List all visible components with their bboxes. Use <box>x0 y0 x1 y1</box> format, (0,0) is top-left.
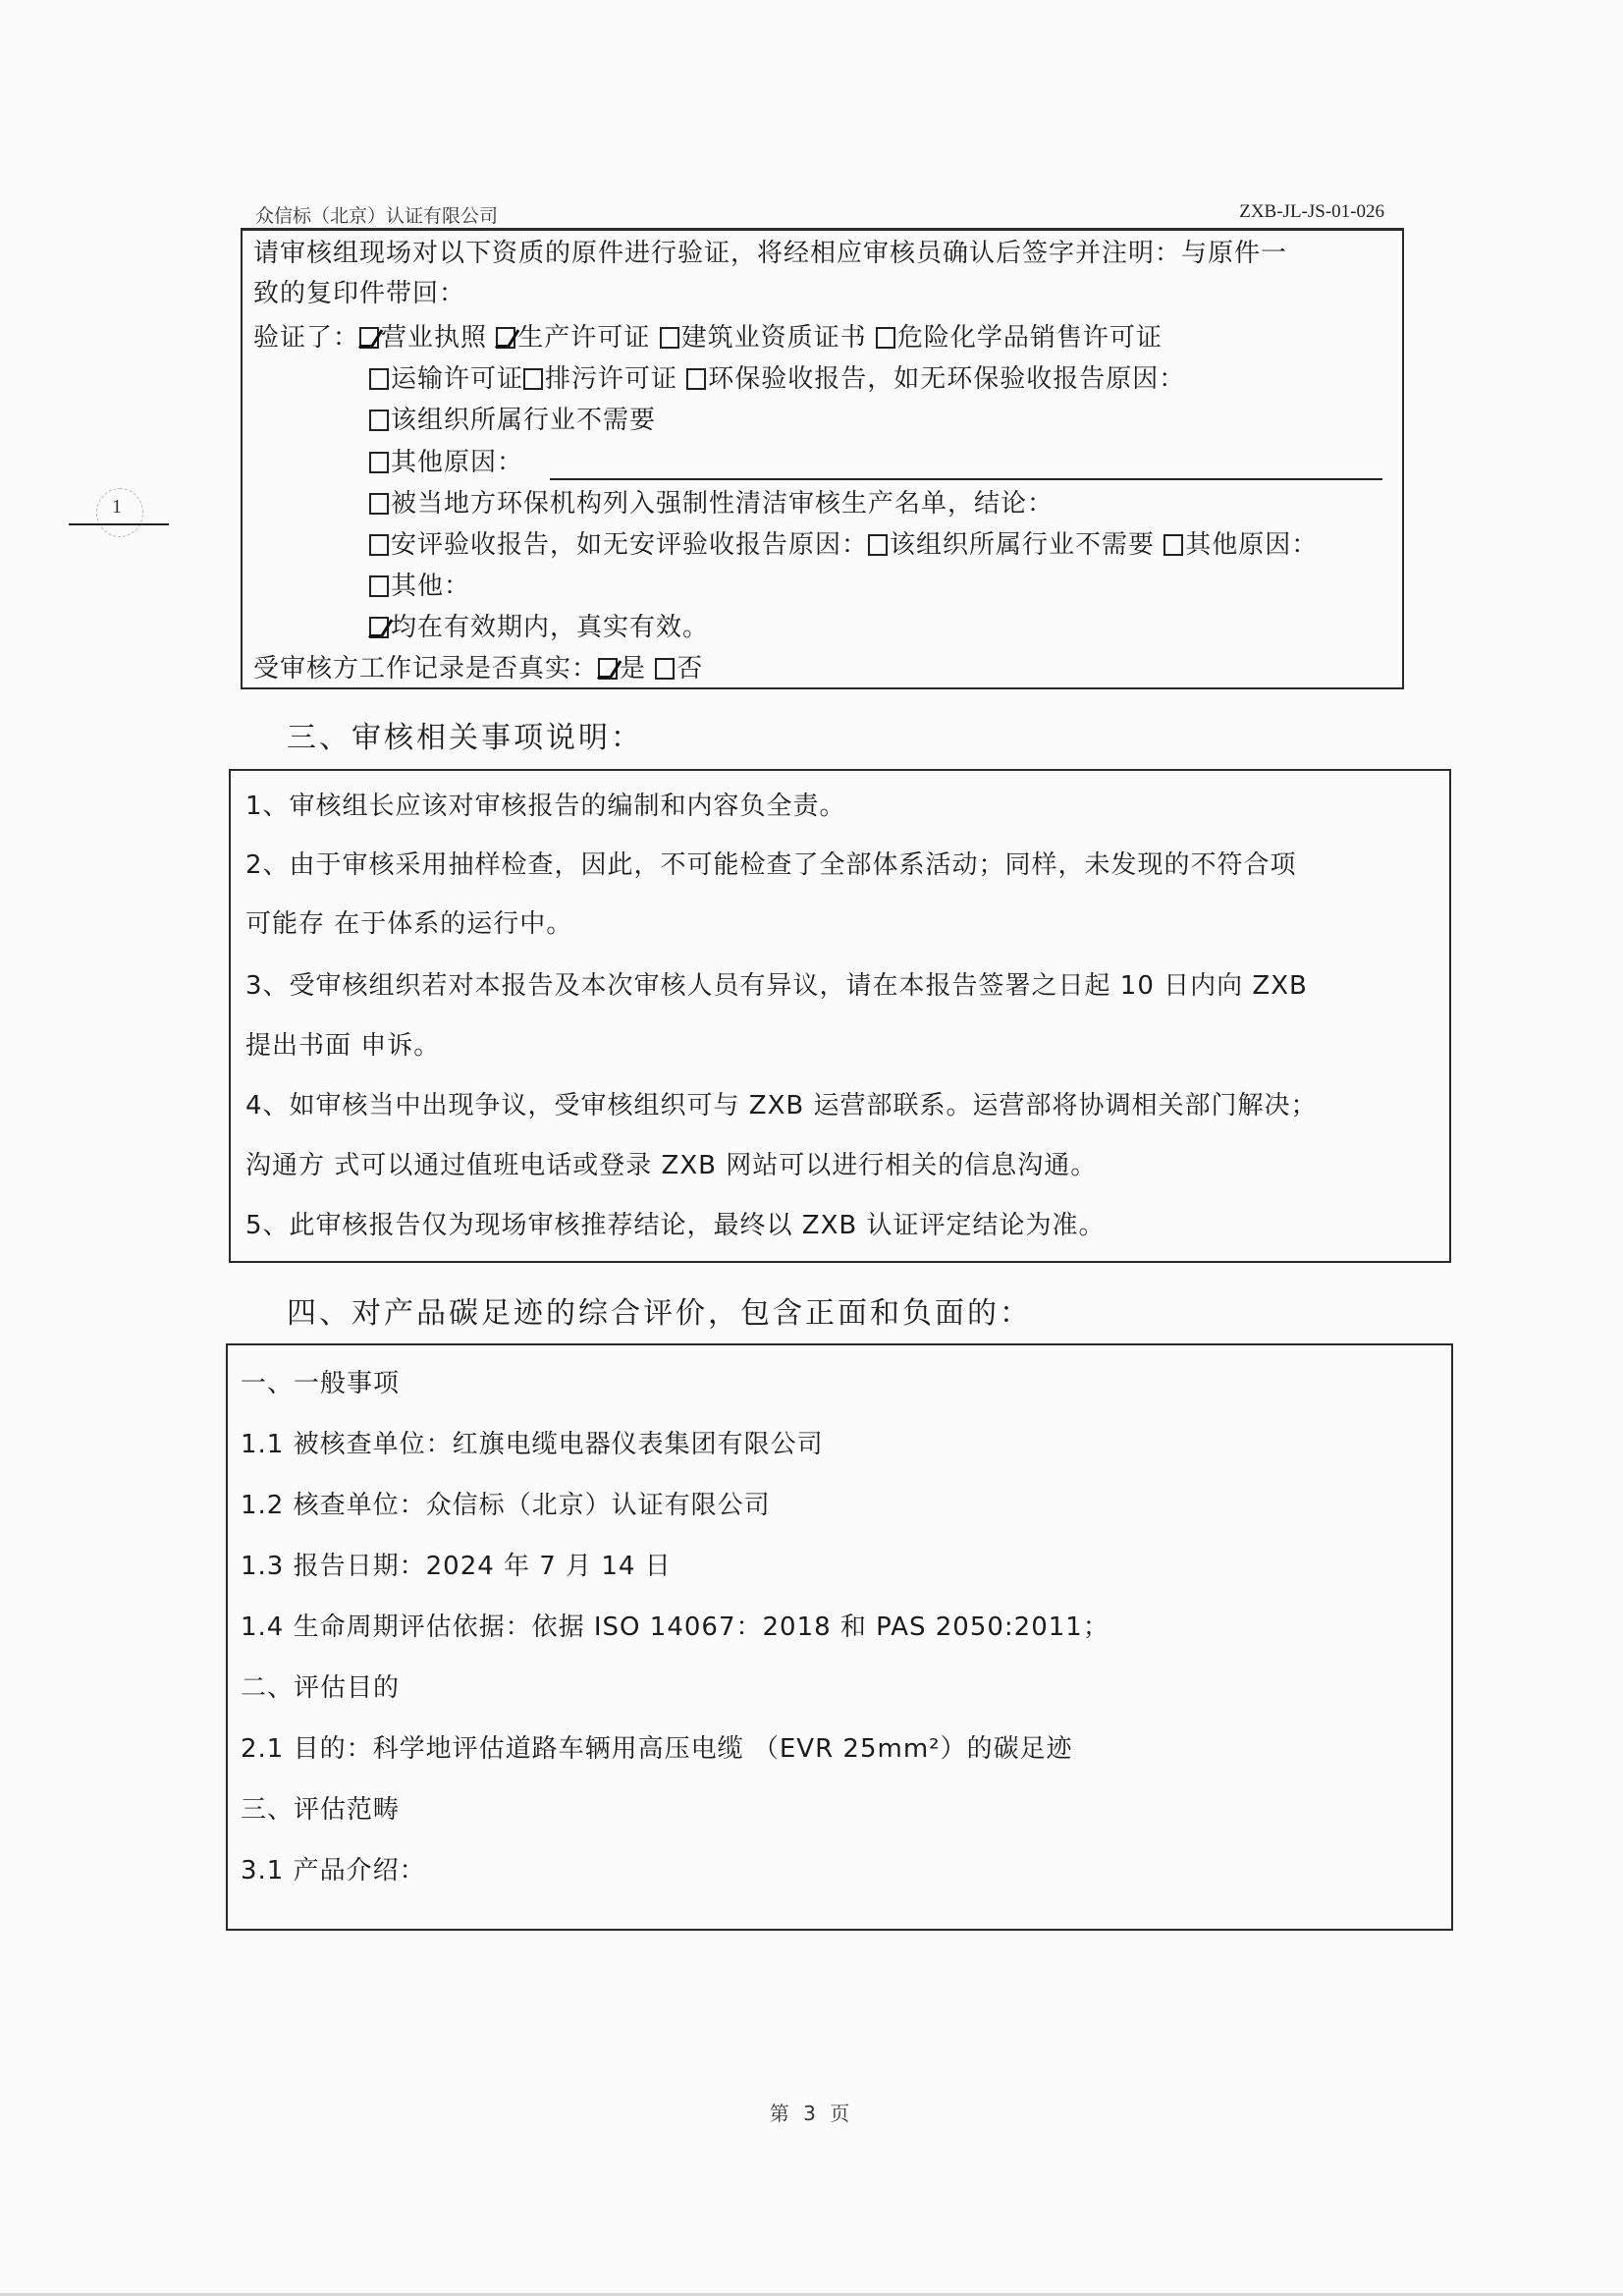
verification-row-3: 该组织所属行业不需要 <box>369 405 656 436</box>
margin-page-marker: 1 <box>69 486 167 545</box>
verification-row-2: 运输许可证排污许可证 环保验收报告，如无环保验收报告原因： <box>369 363 1185 395</box>
section3-title: 三、审核相关事项说明： <box>287 713 643 756</box>
eval-line: 1.2 核查单位：众信标（北京）认证有限公司 <box>241 1490 771 1521</box>
header-company: 众信标（北京）认证有限公司 <box>255 201 498 228</box>
audit-note: 可能存 在于体系的运行中。 <box>245 908 572 940</box>
verification-intro-1: 请审核组现场对以下资质的原件进行验证，将经相应审核员确认后签字并注明：与原件一 <box>253 238 1287 269</box>
checkbox-label: 危险化学品销售许可证 <box>897 323 1163 353</box>
eval-line: 1.1 被核查单位：红旗电缆电器仪表集团有限公司 <box>241 1429 824 1460</box>
checkbox-clean-production-list[interactable] <box>369 493 389 515</box>
checkbox-safety-acceptance[interactable] <box>369 534 389 556</box>
margin-rule <box>69 523 169 525</box>
checkbox-label: 排污许可证 <box>545 364 677 394</box>
checkbox-label: 安评验收报告，如无安评验收报告原因： <box>391 530 868 560</box>
checkbox-industry-not-required[interactable] <box>369 410 389 431</box>
audit-notes-box <box>229 769 1451 1263</box>
page-header: 众信标（北京）认证有限公司 ZXB-JL-JS-01-026 <box>226 201 1384 229</box>
audit-note: 提出书面 申诉。 <box>245 1030 440 1062</box>
eval-line: 2.1 目的：科学地评估道路车辆用高压电缆 （EVR 25mm²）的碳足迹 <box>241 1733 1073 1765</box>
verification-row-6: 安评验收报告，如无安评验收报告原因：该组织所属行业不需要 其他原因： <box>369 529 1318 561</box>
header-doc-code: ZXB-JL-JS-01-026 <box>1239 201 1384 223</box>
checkbox-label: 该组织所属行业不需要 <box>391 406 656 435</box>
verification-row-8: 均在有效期内，真实有效。 <box>369 612 709 643</box>
checkbox-other[interactable] <box>369 575 389 597</box>
margin-marker-number: 1 <box>112 496 122 519</box>
audit-note: 5、此审核报告仅为现场审核推荐结论，最终以 ZXB 认证评定结论为准。 <box>245 1210 1106 1241</box>
verification-row-1: 验证了：营业执照 生产许可证 建筑业资质证书 危险化学品销售许可证 <box>253 322 1163 354</box>
verified-label: 验证了： <box>253 323 359 353</box>
checkbox-label: 营业执照 <box>381 323 487 353</box>
verification-row-5: 被当地方环保机构列入强制性清洁审核生产名单，结论： <box>369 488 1054 519</box>
checkbox-business-license[interactable] <box>359 327 379 349</box>
eval-line: 1.4 生命周期评估依据：依据 ISO 14067：2018 和 PAS 205… <box>241 1612 1109 1643</box>
checkbox-records-yes[interactable] <box>598 658 618 680</box>
checkbox-label: 其他： <box>391 572 470 601</box>
checkbox-label: 其他原因： <box>391 448 523 477</box>
checkbox-label: 生产许可证 <box>517 323 650 353</box>
checkbox-records-no[interactable] <box>655 658 675 680</box>
checkbox-label: 是 <box>620 654 646 683</box>
checkbox-label: 环保验收报告，如无环保验收报告原因： <box>708 364 1185 394</box>
checkbox-label: 均在有效期内，真实有效。 <box>391 613 709 642</box>
audit-note: 沟通方 式可以通过值班电话或登录 ZXB 网站可以进行相关的信息沟通。 <box>245 1150 1097 1181</box>
checkbox-label: 建筑业资质证书 <box>681 323 867 353</box>
verification-intro-2: 致的复印件带回： <box>253 278 465 309</box>
checkbox-hazchem-license[interactable] <box>876 327 895 349</box>
checkbox-env-acceptance[interactable] <box>686 368 706 390</box>
checkbox-label: 被当地方环保机构列入强制性清洁审核生产名单，结论： <box>391 489 1054 519</box>
eval-line: 二、评估目的 <box>241 1672 400 1704</box>
records-question: 受审核方工作记录是否真实： <box>253 654 598 683</box>
audit-note: 3、受审核组织若对本报告及本次审核人员有异议，请在本报告签署之日起 10 日内向… <box>245 970 1308 1002</box>
checkbox-other-reason[interactable] <box>369 452 389 473</box>
checkbox-all-valid[interactable] <box>369 617 389 638</box>
checkbox-safety-other-reason[interactable] <box>1163 534 1183 556</box>
other-reason-field[interactable] <box>550 478 1382 480</box>
checkbox-label: 该组织所属行业不需要 <box>890 530 1155 560</box>
checkbox-transport-license[interactable] <box>369 368 389 390</box>
page-number: 第 3 页 <box>0 2098 1623 2126</box>
audit-note: 2、由于审核采用抽样检查，因此，不可能检查了全部体系活动；同样，未发现的不符合项 <box>245 849 1297 881</box>
eval-line: 3.1 产品介绍： <box>241 1855 426 1886</box>
eval-line: 三、评估范畴 <box>241 1794 400 1826</box>
records-authentic-row: 受审核方工作记录是否真实：是 否 <box>253 653 703 684</box>
eval-line: 一、一般事项 <box>241 1368 400 1399</box>
checkbox-label: 其他原因： <box>1185 530 1318 560</box>
checkbox-discharge-permit[interactable] <box>523 368 543 390</box>
checkbox-production-license[interactable] <box>496 327 515 349</box>
verification-row-7: 其他： <box>369 571 470 602</box>
audit-note: 1、审核组长应该对审核报告的编制和内容负全责。 <box>245 791 846 822</box>
verification-row-4: 其他原因： <box>369 447 523 478</box>
checkbox-safety-not-required[interactable] <box>868 534 888 556</box>
checkbox-construction-cert[interactable] <box>660 327 679 349</box>
checkbox-label: 否 <box>676 654 703 683</box>
section4-title: 四、对产品碳足迹的综合评价，包含正面和负面的： <box>287 1288 1032 1332</box>
audit-note: 4、如审核当中出现争议，受审核组织可与 ZXB 运营部联系。运营部将协调相关部门… <box>245 1090 1318 1121</box>
checkbox-label: 运输许可证 <box>391 364 523 394</box>
eval-line: 1.3 报告日期：2024 年 7 月 14 日 <box>241 1551 672 1582</box>
